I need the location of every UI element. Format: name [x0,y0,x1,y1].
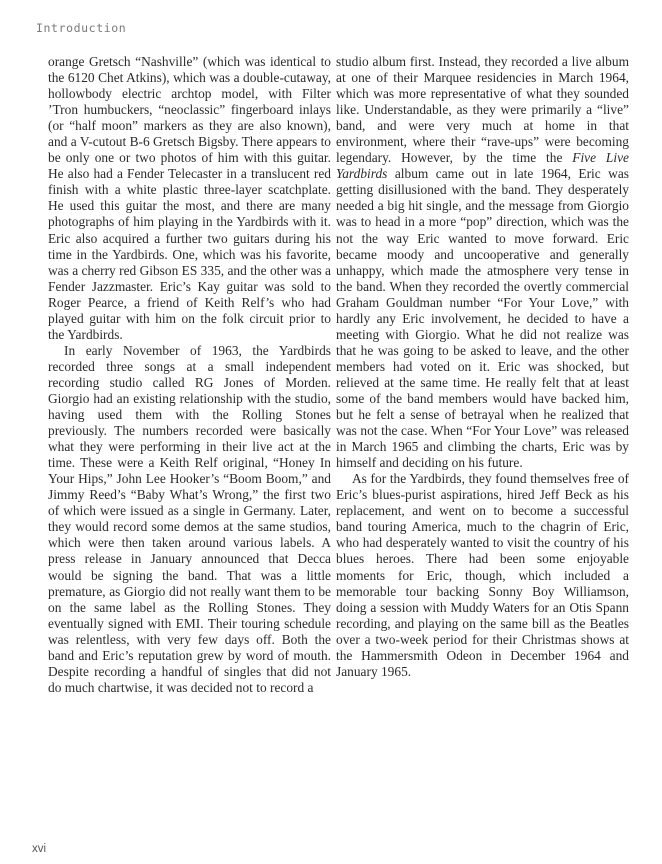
left-column: orange Gretsch “Nashville” (which was id… [48,54,331,696]
paragraph: In early November of 1963, the Yardbirds… [48,343,331,696]
paragraph: studio album first. Instead, they record… [336,54,629,471]
page-number: xvi [32,843,46,855]
text-run: studio album first. Instead, they record… [336,54,629,165]
text-run: album came out in late 1964, Eric was ge… [336,166,629,470]
running-head: Introduction [36,21,126,35]
right-column: studio album first. Instead, they record… [336,54,629,680]
paragraph: orange Gretsch “Nashville” (which was id… [48,54,331,343]
paragraph: As for the Yardbirds, they found themsel… [336,471,629,680]
